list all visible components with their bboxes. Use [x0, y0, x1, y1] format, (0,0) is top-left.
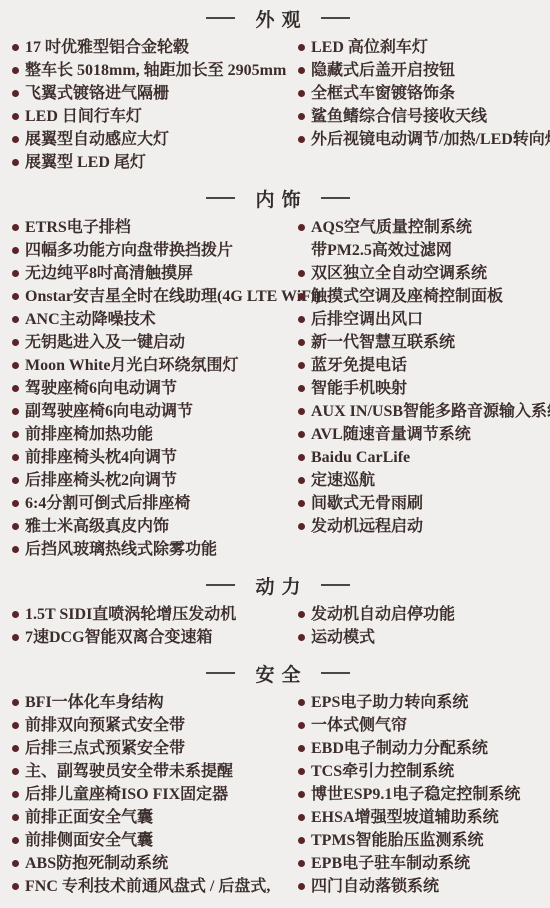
- bullet-icon: [12, 634, 19, 641]
- feature-item: 定速巡航: [298, 469, 544, 492]
- bullet-icon: [12, 136, 19, 143]
- bullet-icon: [12, 431, 19, 438]
- feature-item: 运动模式: [298, 626, 544, 649]
- header-dash-right-icon: [321, 17, 350, 19]
- feature-text-line1: AQS空气质量控制系统: [311, 216, 472, 239]
- feature-text: 主、副驾驶员安全带未系提醒: [25, 760, 233, 783]
- feature-item: EHSA增强型坡道辅助系统: [298, 806, 544, 829]
- feature-text: 定速巡航: [311, 469, 375, 492]
- bullet-icon: [12, 385, 19, 392]
- bullet-icon: [12, 837, 19, 844]
- feature-item: AVL随速音量调节系统: [298, 423, 544, 446]
- feature-item: 整车长 5018mm, 轴距加长至 2905mm: [12, 59, 298, 82]
- feature-item: 前排座椅加热功能: [12, 423, 298, 446]
- feature-item: 后排座椅头枕2向调节: [12, 469, 298, 492]
- feature-text: 前排座椅头枕4向调节: [25, 446, 177, 469]
- bullet-icon: [298, 745, 305, 752]
- feature-text: AUX IN/USB智能多路音源输入系统: [311, 400, 550, 423]
- bullet-icon: [298, 791, 305, 798]
- feature-text: 运动模式: [311, 626, 375, 649]
- feature-text: 新一代智慧互联系统: [311, 331, 455, 354]
- feature-text: 后排空调出风口: [311, 308, 423, 331]
- bullet-icon: [12, 90, 19, 97]
- feature-text: EPB电子驻车制动系统: [311, 852, 470, 875]
- bullet-icon: [12, 339, 19, 346]
- feature-item: 17 吋优雅型铝合金轮毂: [12, 36, 298, 59]
- bullet-icon: [12, 745, 19, 752]
- bullet-icon: [12, 523, 19, 530]
- bullet-icon: [298, 316, 305, 323]
- bullet-icon: [298, 67, 305, 74]
- feature-item: 外后视镜电动调节/加热/LED转向灯: [298, 128, 544, 151]
- feature-text: 隐藏式后盖开启按钮: [311, 59, 455, 82]
- feature-text: 鲨鱼鳍综合信号接收天线: [311, 105, 487, 128]
- feature-item: 鲨鱼鳍综合信号接收天线: [298, 105, 544, 128]
- feature-item: 隐藏式后盖开启按钮: [298, 59, 544, 82]
- bullet-icon: [298, 500, 305, 507]
- feature-text: 后挡风玻璃热线式除雾功能: [25, 538, 217, 561]
- bullet-icon: [12, 44, 19, 51]
- feature-text: LED 高位刹车灯: [311, 36, 428, 59]
- feature-text: BFI一体化车身结构: [25, 691, 164, 714]
- feature-text: 智能手机映射: [311, 377, 407, 400]
- feature-item: 7速DCG智能双离合变速箱: [12, 626, 298, 649]
- bullet-icon: [298, 814, 305, 821]
- bullet-icon: [12, 791, 19, 798]
- feature-text: LED 日间行车灯: [25, 105, 142, 128]
- bullet-icon: [298, 362, 305, 369]
- feature-text: Baidu CarLife: [311, 446, 410, 469]
- bullet-icon: [12, 362, 19, 369]
- feature-item: 博世ESP9.1电子稳定控制系统: [298, 783, 544, 806]
- feature-item: 无边纯平8吋高清触摸屏: [12, 262, 298, 285]
- header-dash-left-icon: [206, 17, 235, 19]
- feature-item: 触摸式空调及座椅控制面板: [298, 285, 544, 308]
- feature-list-left: ETRS电子排档四幅多功能方向盘带换挡拨片无边纯平8吋高清触摸屏Onstar安吉…: [12, 216, 298, 561]
- bullet-icon: [298, 860, 305, 867]
- feature-text-line2: 带PM2.5高效过滤网: [311, 239, 472, 262]
- spec-section: 外观17 吋优雅型铝合金轮毂整车长 5018mm, 轴距加长至 2905mm飞翼…: [12, 6, 544, 174]
- feature-text: 后排座椅头枕2向调节: [25, 469, 177, 492]
- feature-item: LED 高位刹车灯: [298, 36, 544, 59]
- feature-text: AVL随速音量调节系统: [311, 423, 471, 446]
- feature-text: 前排双向预紧式安全带: [25, 714, 185, 737]
- section-columns: BFI一体化车身结构前排双向预紧式安全带后排三点式预紧安全带主、副驾驶员安全带未…: [12, 691, 544, 898]
- feature-item: 前排正面安全气囊: [12, 806, 298, 829]
- bullet-icon: [12, 159, 19, 166]
- bullet-icon: [298, 768, 305, 775]
- bullet-icon: [12, 546, 19, 553]
- bullet-icon: [298, 722, 305, 729]
- feature-text: TPMS智能胎压监测系统: [311, 829, 483, 852]
- feature-item: 前排侧面安全气囊: [12, 829, 298, 852]
- feature-text: 7速DCG智能双离合变速箱: [25, 626, 213, 649]
- feature-text: EBD电子制动力分配系统: [311, 737, 488, 760]
- header-dash-left-icon: [206, 584, 235, 586]
- feature-item: BFI一体化车身结构: [12, 691, 298, 714]
- feature-item: 前排双向预紧式安全带: [12, 714, 298, 737]
- feature-text: 6:4分割可倒式后排座椅: [25, 492, 190, 515]
- bullet-icon: [12, 860, 19, 867]
- feature-text: 四幅多功能方向盘带换挡拨片: [25, 239, 233, 262]
- feature-text: 前排侧面安全气囊: [25, 829, 153, 852]
- feature-item: 四幅多功能方向盘带换挡拨片: [12, 239, 298, 262]
- feature-item: TCS牵引力控制系统: [298, 760, 544, 783]
- feature-item: 驾驶座椅6向电动调节: [12, 377, 298, 400]
- feature-text: 雅士米高级真皮内饰: [25, 515, 169, 538]
- feature-item: EPS电子助力转向系统: [298, 691, 544, 714]
- feature-text: Onstar安吉星全时在线助理(4G LTE WiFi): [25, 285, 321, 308]
- bullet-icon: [12, 408, 19, 415]
- feature-item: 新一代智慧互联系统: [298, 331, 544, 354]
- feature-item: 主、副驾驶员安全带未系提醒: [12, 760, 298, 783]
- feature-list-right: AQS空气质量控制系统带PM2.5高效过滤网双区独立全自动空调系统触摸式空调及座…: [298, 216, 544, 561]
- feature-text: 后排三点式预紧安全带: [25, 737, 185, 760]
- feature-text: 全框式车窗镀铬饰条: [311, 82, 455, 105]
- feature-list-left: 17 吋优雅型铝合金轮毂整车长 5018mm, 轴距加长至 2905mm飞翼式镀…: [12, 36, 298, 174]
- feature-item: ANC主动降噪技术: [12, 308, 298, 331]
- section-header: 动力: [12, 573, 544, 597]
- feature-item: 飞翼式镀铬进气隔栅: [12, 82, 298, 105]
- feature-text: 1.5T SIDI直喷涡轮增压发动机: [25, 603, 236, 626]
- bullet-icon: [298, 270, 305, 277]
- feature-text: EHSA增强型坡道辅助系统: [311, 806, 499, 829]
- spec-section: 内饰ETRS电子排档四幅多功能方向盘带换挡拨片无边纯平8吋高清触摸屏Onstar…: [12, 186, 544, 561]
- feature-text: 前排座椅加热功能: [25, 423, 153, 446]
- bullet-icon: [298, 883, 305, 890]
- header-dash-left-icon: [206, 197, 235, 199]
- feature-item: 雅士米高级真皮内饰: [12, 515, 298, 538]
- feature-item: 无钥匙进入及一键启动: [12, 331, 298, 354]
- bullet-icon: [298, 454, 305, 461]
- section-columns: 17 吋优雅型铝合金轮毂整车长 5018mm, 轴距加长至 2905mm飞翼式镀…: [12, 36, 544, 174]
- feature-item: EPB电子驻车制动系统: [298, 852, 544, 875]
- feature-item: 后排三点式预紧安全带: [12, 737, 298, 760]
- section-title: 外观: [248, 5, 307, 32]
- bullet-icon: [12, 224, 19, 231]
- bullet-icon: [12, 454, 19, 461]
- feature-item: Baidu CarLife: [298, 446, 544, 469]
- feature-text: 间歇式无骨雨刷: [311, 492, 423, 515]
- feature-text: ETRS电子排档: [25, 216, 131, 239]
- feature-text: ABS防抱死制动系统: [25, 852, 168, 875]
- bullet-icon: [298, 408, 305, 415]
- bullet-icon: [12, 722, 19, 729]
- feature-item: FNC 专利技术前通风盘式 / 后盘式,: [12, 875, 298, 898]
- bullet-icon: [12, 611, 19, 618]
- feature-text: 17 吋优雅型铝合金轮毂: [25, 36, 189, 59]
- bullet-icon: [12, 247, 19, 254]
- feature-item: AQS空气质量控制系统带PM2.5高效过滤网: [298, 216, 544, 262]
- spec-section: 安全BFI一体化车身结构前排双向预紧式安全带后排三点式预紧安全带主、副驾驶员安全…: [12, 661, 544, 898]
- section-header: 安全: [12, 661, 544, 685]
- feature-item: 后排儿童座椅ISO FIX固定器: [12, 783, 298, 806]
- feature-list-right: LED 高位刹车灯隐藏式后盖开启按钮全框式车窗镀铬饰条鲨鱼鳍综合信号接收天线外后…: [298, 36, 544, 174]
- feature-item: 间歇式无骨雨刷: [298, 492, 544, 515]
- feature-text: 展翼型 LED 尾灯: [25, 151, 146, 174]
- feature-text: 四门自动落锁系统: [311, 875, 439, 898]
- bullet-icon: [298, 90, 305, 97]
- feature-item: ABS防抱死制动系统: [12, 852, 298, 875]
- section-title: 安全: [248, 660, 307, 687]
- feature-text: AQS空气质量控制系统带PM2.5高效过滤网: [311, 216, 472, 262]
- feature-item: 1.5T SIDI直喷涡轮增压发动机: [12, 603, 298, 626]
- section-title: 内饰: [248, 185, 307, 212]
- feature-list-left: 1.5T SIDI直喷涡轮增压发动机7速DCG智能双离合变速箱: [12, 603, 298, 649]
- car-spec-sheet: 外观17 吋优雅型铝合金轮毂整车长 5018mm, 轴距加长至 2905mm飞翼…: [0, 0, 550, 908]
- section-header: 外观: [12, 6, 544, 30]
- feature-item: 全框式车窗镀铬饰条: [298, 82, 544, 105]
- feature-text: 副驾驶座椅6向电动调节: [25, 400, 193, 423]
- feature-text: 蓝牙免提电话: [311, 354, 407, 377]
- bullet-icon: [12, 477, 19, 484]
- feature-item: LED 日间行车灯: [12, 105, 298, 128]
- feature-text: 博世ESP9.1电子稳定控制系统: [311, 783, 520, 806]
- bullet-icon: [12, 316, 19, 323]
- feature-item: 发动机远程启动: [298, 515, 544, 538]
- section-columns: 1.5T SIDI直喷涡轮增压发动机7速DCG智能双离合变速箱发动机自动启停功能…: [12, 603, 544, 649]
- bullet-icon: [12, 699, 19, 706]
- section-header: 内饰: [12, 186, 544, 210]
- feature-text: 驾驶座椅6向电动调节: [25, 377, 177, 400]
- feature-item: 6:4分割可倒式后排座椅: [12, 492, 298, 515]
- feature-item: 四门自动落锁系统: [298, 875, 544, 898]
- bullet-icon: [298, 477, 305, 484]
- bullet-icon: [298, 293, 305, 300]
- feature-item: 前排座椅头枕4向调节: [12, 446, 298, 469]
- sections-container: 外观17 吋优雅型铝合金轮毂整车长 5018mm, 轴距加长至 2905mm飞翼…: [12, 6, 544, 898]
- bullet-icon: [298, 699, 305, 706]
- feature-item: EBD电子制动力分配系统: [298, 737, 544, 760]
- feature-text: Moon White月光白环绕氛围灯: [25, 354, 239, 377]
- feature-item: 一体式侧气帘: [298, 714, 544, 737]
- feature-item: 发动机自动启停功能: [298, 603, 544, 626]
- feature-item: 后排空调出风口: [298, 308, 544, 331]
- bullet-icon: [12, 814, 19, 821]
- bullet-icon: [298, 431, 305, 438]
- feature-text: 飞翼式镀铬进气隔栅: [25, 82, 169, 105]
- feature-text: TCS牵引力控制系统: [311, 760, 454, 783]
- bullet-icon: [12, 768, 19, 775]
- feature-text: FNC 专利技术前通风盘式 / 后盘式,: [25, 875, 270, 898]
- feature-text: 双区独立全自动空调系统: [311, 262, 487, 285]
- feature-list-left: BFI一体化车身结构前排双向预紧式安全带后排三点式预紧安全带主、副驾驶员安全带未…: [12, 691, 298, 898]
- feature-list-right: EPS电子助力转向系统一体式侧气帘EBD电子制动力分配系统TCS牵引力控制系统博…: [298, 691, 544, 898]
- feature-item: Onstar安吉星全时在线助理(4G LTE WiFi): [12, 285, 298, 308]
- feature-item: AUX IN/USB智能多路音源输入系统: [298, 400, 544, 423]
- bullet-icon: [298, 837, 305, 844]
- header-dash-right-icon: [321, 672, 350, 674]
- feature-item: 智能手机映射: [298, 377, 544, 400]
- feature-item: 双区独立全自动空调系统: [298, 262, 544, 285]
- header-dash-left-icon: [206, 672, 235, 674]
- header-dash-right-icon: [321, 197, 350, 199]
- feature-text: 前排正面安全气囊: [25, 806, 153, 829]
- bullet-icon: [12, 270, 19, 277]
- feature-list-right: 发动机自动启停功能运动模式: [298, 603, 544, 649]
- section-title: 动力: [248, 572, 307, 599]
- bullet-icon: [298, 611, 305, 618]
- bullet-icon: [12, 500, 19, 507]
- feature-text: 无边纯平8吋高清触摸屏: [25, 262, 193, 285]
- bullet-icon: [298, 385, 305, 392]
- feature-item: ETRS电子排档: [12, 216, 298, 239]
- feature-text: 触摸式空调及座椅控制面板: [311, 285, 503, 308]
- bullet-icon: [298, 523, 305, 530]
- feature-item: 展翼型自动感应大灯: [12, 128, 298, 151]
- bullet-icon: [298, 136, 305, 143]
- feature-item: 蓝牙免提电话: [298, 354, 544, 377]
- feature-text: ANC主动降噪技术: [25, 308, 156, 331]
- feature-text: 整车长 5018mm, 轴距加长至 2905mm: [25, 59, 286, 82]
- feature-text: 外后视镜电动调节/加热/LED转向灯: [311, 128, 550, 151]
- bullet-icon: [298, 44, 305, 51]
- feature-text: 发动机自动启停功能: [311, 603, 455, 626]
- bullet-icon: [12, 113, 19, 120]
- bullet-icon: [298, 224, 305, 231]
- bullet-icon: [12, 883, 19, 890]
- feature-text: 无钥匙进入及一键启动: [25, 331, 185, 354]
- feature-text: 发动机远程启动: [311, 515, 423, 538]
- feature-text: 一体式侧气帘: [311, 714, 407, 737]
- bullet-icon: [298, 339, 305, 346]
- feature-item: 后挡风玻璃热线式除雾功能: [12, 538, 298, 561]
- feature-text: 展翼型自动感应大灯: [25, 128, 169, 151]
- feature-item: 副驾驶座椅6向电动调节: [12, 400, 298, 423]
- bullet-icon: [12, 293, 19, 300]
- bullet-icon: [298, 113, 305, 120]
- spec-section: 动力1.5T SIDI直喷涡轮增压发动机7速DCG智能双离合变速箱发动机自动启停…: [12, 573, 544, 649]
- feature-item: 展翼型 LED 尾灯: [12, 151, 298, 174]
- header-dash-right-icon: [321, 584, 350, 586]
- section-columns: ETRS电子排档四幅多功能方向盘带换挡拨片无边纯平8吋高清触摸屏Onstar安吉…: [12, 216, 544, 561]
- feature-text: 后排儿童座椅ISO FIX固定器: [25, 783, 228, 806]
- feature-item: Moon White月光白环绕氛围灯: [12, 354, 298, 377]
- bullet-icon: [12, 67, 19, 74]
- feature-item: TPMS智能胎压监测系统: [298, 829, 544, 852]
- bullet-icon: [298, 634, 305, 641]
- feature-text: EPS电子助力转向系统: [311, 691, 468, 714]
